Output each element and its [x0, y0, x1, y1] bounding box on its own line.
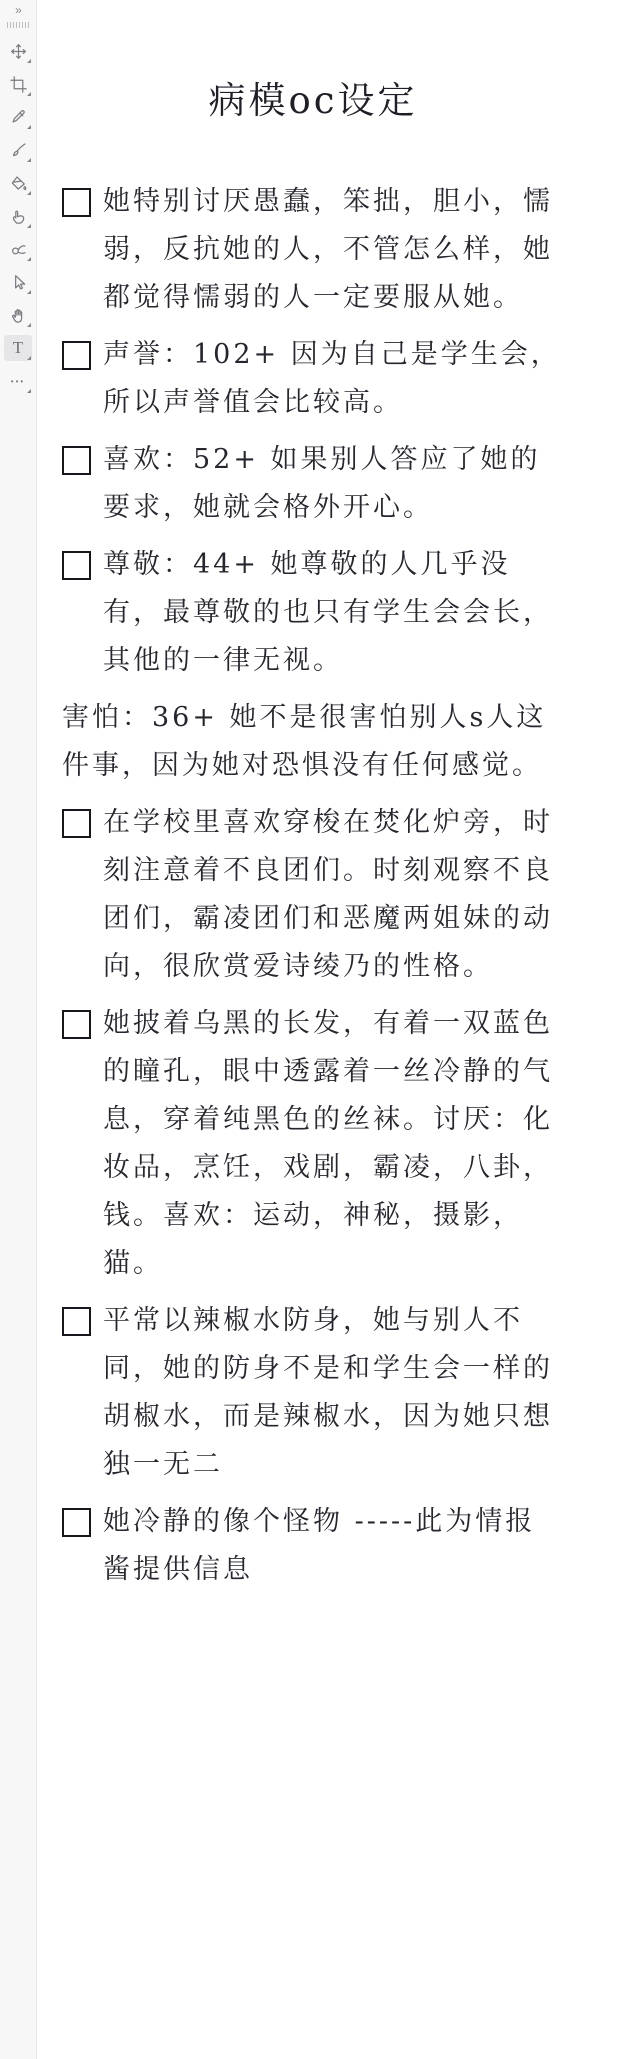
expand-panel-icon[interactable]: »	[15, 3, 21, 19]
note-item: 害怕：36+ 她不是很害怕别人s人这件事，因为她对恐惧没有任何感觉。	[62, 694, 564, 790]
note-item: 她特别讨厌愚蠢，笨拙，胆小，懦弱，反抗她的人，不管怎么样，她都觉得懦弱的人一定要…	[62, 178, 564, 322]
ruler-ticks-icon	[7, 22, 29, 28]
checkbox-mark	[62, 188, 91, 217]
checkbox-mark	[62, 446, 91, 475]
note-item: 在学校里喜欢穿梭在焚化炉旁，时刻注意着不良团们。时刻观察不良团们，霸凌团们和恶魔…	[62, 799, 564, 991]
note-item: 平常以辣椒水防身，她与别人不同，她的防身不是和学生会一样的胡椒水，而是辣椒水，因…	[62, 1297, 564, 1489]
checkbox-mark	[62, 1508, 91, 1537]
item-text: 害怕：36+ 她不是很害怕别人s人这件事，因为她对恐惧没有任何感觉。	[62, 702, 546, 781]
blur-tool[interactable]	[4, 236, 32, 262]
item-text: 在学校里喜欢穿梭在焚化炉旁，时刻注意着不良团们。时刻观察不良团们，霸凌团们和恶魔…	[103, 799, 564, 991]
more-icon: •••	[11, 377, 25, 386]
crop-icon	[9, 75, 28, 94]
item-text: 她披着乌黑的长发，有着一双蓝色的瞳孔，眼中透露着一丝冷静的气息，穿着纯黑色的丝袜…	[103, 1000, 564, 1288]
eyedropper-icon	[9, 108, 28, 127]
smudge-tool[interactable]	[4, 203, 32, 229]
note-item: 声誉：102+ 因为自己是学生会，所以声誉值会比较高。	[62, 331, 564, 427]
checkbox-mark	[62, 341, 91, 370]
hand-icon	[9, 306, 28, 325]
brush-tool[interactable]	[4, 137, 32, 163]
note-item: 她披着乌黑的长发，有着一双蓝色的瞳孔，眼中透露着一丝冷静的气息，穿着纯黑色的丝袜…	[62, 1000, 564, 1288]
select-tool[interactable]	[4, 269, 32, 295]
more-tool[interactable]: •••	[4, 368, 32, 394]
note-item: 尊敬：44+ 她尊敬的人几乎没有，最尊敬的也只有学生会会长，其他的一律无视。	[62, 541, 564, 685]
note-item: 喜欢：52+ 如果别人答应了她的要求，她就会格外开心。	[62, 436, 564, 532]
note-item: 她冷静的像个怪物 -----此为情报酱提供信息	[62, 1498, 564, 1594]
hand-tool[interactable]	[4, 302, 32, 328]
app-window: » T••• 病模oc设定 她特别讨厌愚蠢，笨拙，胆小，懦弱，反抗她的人，不管怎…	[0, 0, 620, 2059]
item-text: 她特别讨厌愚蠢，笨拙，胆小，懦弱，反抗她的人，不管怎么样，她都觉得懦弱的人一定要…	[103, 178, 564, 322]
checkbox-mark	[62, 1010, 91, 1039]
brush-icon	[9, 141, 28, 160]
item-text: 声誉：102+ 因为自己是学生会，所以声誉值会比较高。	[103, 331, 564, 427]
text-tool[interactable]: T	[4, 335, 32, 361]
crop-tool[interactable]	[4, 71, 32, 97]
document-canvas[interactable]: 病模oc设定 她特别讨厌愚蠢，笨拙，胆小，懦弱，反抗她的人，不管怎么样，她都觉得…	[38, 0, 620, 2059]
tool-list: T•••	[4, 38, 32, 401]
item-text: 尊敬：44+ 她尊敬的人几乎没有，最尊敬的也只有学生会会长，其他的一律无视。	[103, 541, 564, 685]
paint-bucket-icon	[9, 174, 28, 193]
checkbox-mark	[62, 551, 91, 580]
checkbox-mark	[62, 809, 91, 838]
item-text: 平常以辣椒水防身，她与别人不同，她的防身不是和学生会一样的胡椒水，而是辣椒水，因…	[103, 1297, 564, 1489]
eyedropper-tool[interactable]	[4, 104, 32, 130]
select-icon	[9, 273, 28, 292]
item-text: 她冷静的像个怪物 -----此为情报酱提供信息	[103, 1498, 564, 1594]
smudge-icon	[9, 207, 28, 226]
blur-icon	[9, 240, 28, 259]
tool-rail: » T•••	[0, 0, 37, 2059]
doc-items: 她特别讨厌愚蠢，笨拙，胆小，懦弱，反抗她的人，不管怎么样，她都觉得懦弱的人一定要…	[62, 178, 564, 1594]
checkbox-mark	[62, 1307, 91, 1336]
page-title: 病模oc设定	[62, 70, 564, 124]
paint-bucket-tool[interactable]	[4, 170, 32, 196]
item-text: 喜欢：52+ 如果别人答应了她的要求，她就会格外开心。	[103, 436, 564, 532]
text-icon: T	[13, 338, 23, 358]
move-tool[interactable]	[4, 38, 32, 64]
move-icon	[9, 42, 28, 61]
